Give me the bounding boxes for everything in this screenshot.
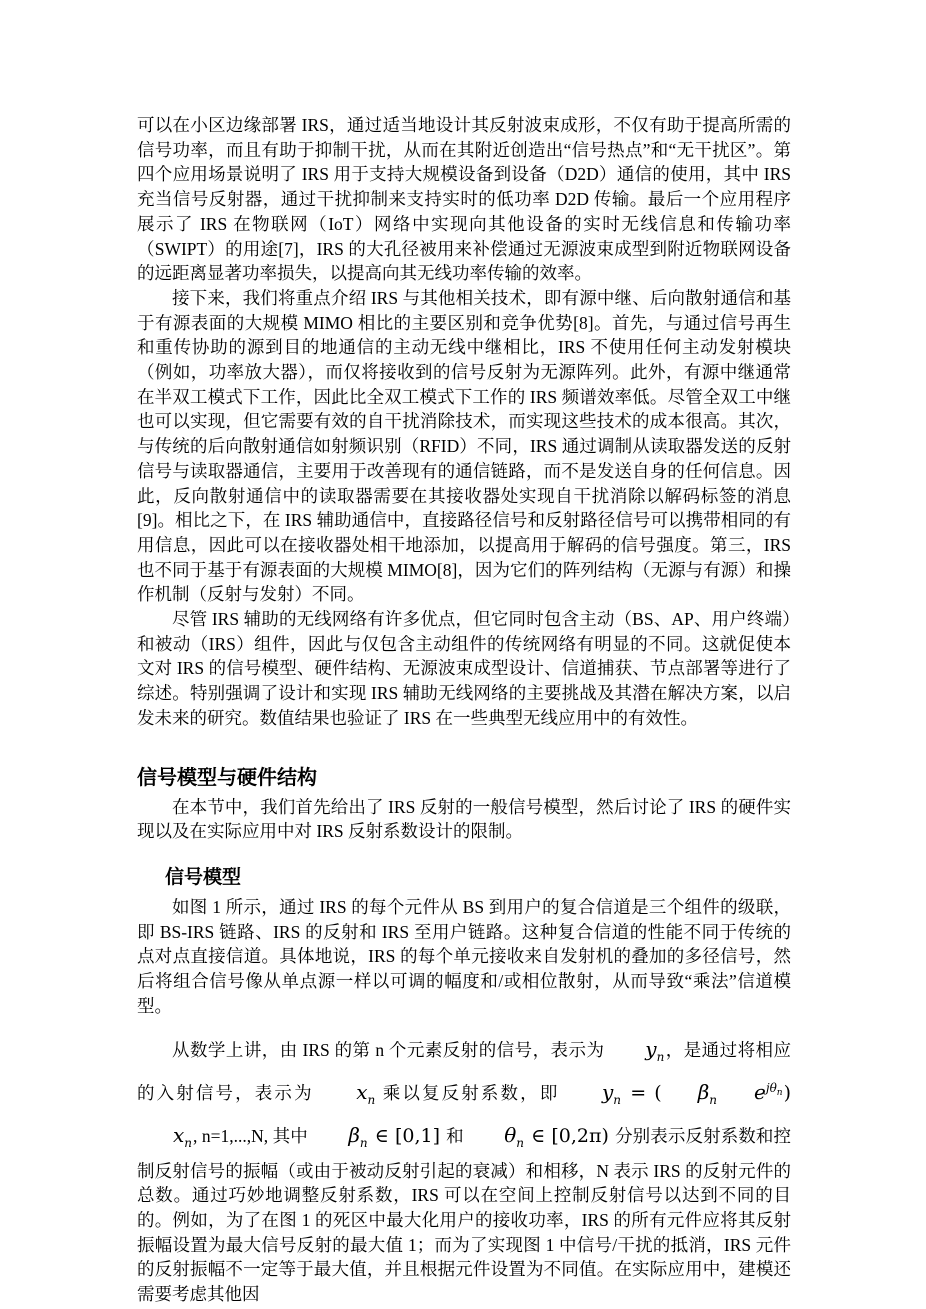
paragraph-irs-applications: 可以在小区边缘部署 IRS，通过适当地设计其反射波束成形，不仅有助于提高所需的信… xyxy=(137,113,791,286)
math-var-x-n: xn xyxy=(320,1073,376,1116)
math-var-theta-n: θn xyxy=(468,1116,525,1159)
math-var-beta-n: βn xyxy=(662,1073,718,1116)
math-text-and: 和 xyxy=(446,1126,468,1146)
math-subscript-n: n xyxy=(777,1088,783,1098)
math-symbol-x: x xyxy=(356,1080,367,1104)
paragraph-motivation-overview: 尽管 IRS 辅助的无线网络有许多优点，但它同时包含主动（BS、AP、用户终端）… xyxy=(137,607,791,731)
subsection-heading-signal-model: 信号模型 xyxy=(137,865,791,891)
math-symbol-theta: θ xyxy=(504,1123,516,1147)
math-equals-open-paren: = ( xyxy=(622,1082,662,1104)
paragraph-section-intro: 在本节中，我们首先给出了 IRS 反射的一般信号模型，然后讨论了 IRS 的硬件… xyxy=(137,795,791,844)
math-text-explanation: 分别表示反射系数和控制反射信号的振幅（或由于被动反射引起的衰减）和相移，N 表示… xyxy=(137,1126,791,1305)
math-var-y-n: yn xyxy=(566,1073,622,1116)
math-var-y-n: yn xyxy=(609,1030,665,1073)
math-superscript-jtheta: jθn xyxy=(766,1081,783,1095)
page-content: 可以在小区边缘部署 IRS，通过适当地设计其反射波束成形，不仅有助于提高所需的信… xyxy=(137,113,791,1307)
math-interval-0-1: ∈ [0,1] xyxy=(369,1125,447,1147)
math-text-multiply: 乘以复反射系数，即 xyxy=(376,1083,566,1103)
math-var-x-n: xn xyxy=(137,1116,193,1159)
math-subscript-n: n xyxy=(516,1136,524,1150)
math-symbol-beta: β xyxy=(698,1080,710,1104)
paragraph-reflection-math: 从数学上讲，由 IRS 的第 n 个元素反射的信号，表示为 yn，是通过将相应的… xyxy=(137,1030,791,1307)
paragraph-composite-channel: 如图 1 所示，通过 IRS 的每个元件从 BS 到用户的复合信道是三个组件的级… xyxy=(137,895,791,1019)
math-symbol-beta: β xyxy=(348,1123,360,1147)
math-interval-0-2pi: ∈ [0,2π) xyxy=(525,1125,615,1147)
math-symbol-jtheta: jθ xyxy=(766,1081,777,1095)
math-text-range-n: , n=1,...,N, 其中 xyxy=(193,1126,312,1146)
math-text-intro: 从数学上讲，由 IRS 的第 n 个元素反射的信号，表示为 xyxy=(172,1040,609,1060)
math-symbol-y: y xyxy=(602,1080,613,1104)
math-close-paren: ) xyxy=(784,1082,791,1104)
section-heading-signal-model-hardware: 信号模型与硬件结构 xyxy=(137,765,791,792)
math-subscript-n: n xyxy=(360,1136,368,1150)
paragraph-irs-vs-related-tech: 接下来，我们将重点介绍 IRS 与其他相关技术，即有源中继、后向散射通信和基于有… xyxy=(137,286,791,607)
math-subscript-n: n xyxy=(613,1093,621,1107)
math-symbol-y: y xyxy=(645,1037,656,1061)
math-var-e-exponent: ejθn xyxy=(718,1073,784,1113)
math-var-beta-n: βn xyxy=(312,1116,368,1159)
math-subscript-n: n xyxy=(184,1136,192,1150)
math-symbol-e: e xyxy=(754,1080,766,1104)
math-subscript-n: n xyxy=(368,1093,376,1107)
math-subscript-n: n xyxy=(657,1050,665,1064)
math-symbol-x: x xyxy=(173,1123,184,1147)
math-subscript-n: n xyxy=(709,1093,717,1107)
document-page: 可以在小区边缘部署 IRS，通过适当地设计其反射波束成形，不仅有助于提高所需的信… xyxy=(0,0,926,1309)
